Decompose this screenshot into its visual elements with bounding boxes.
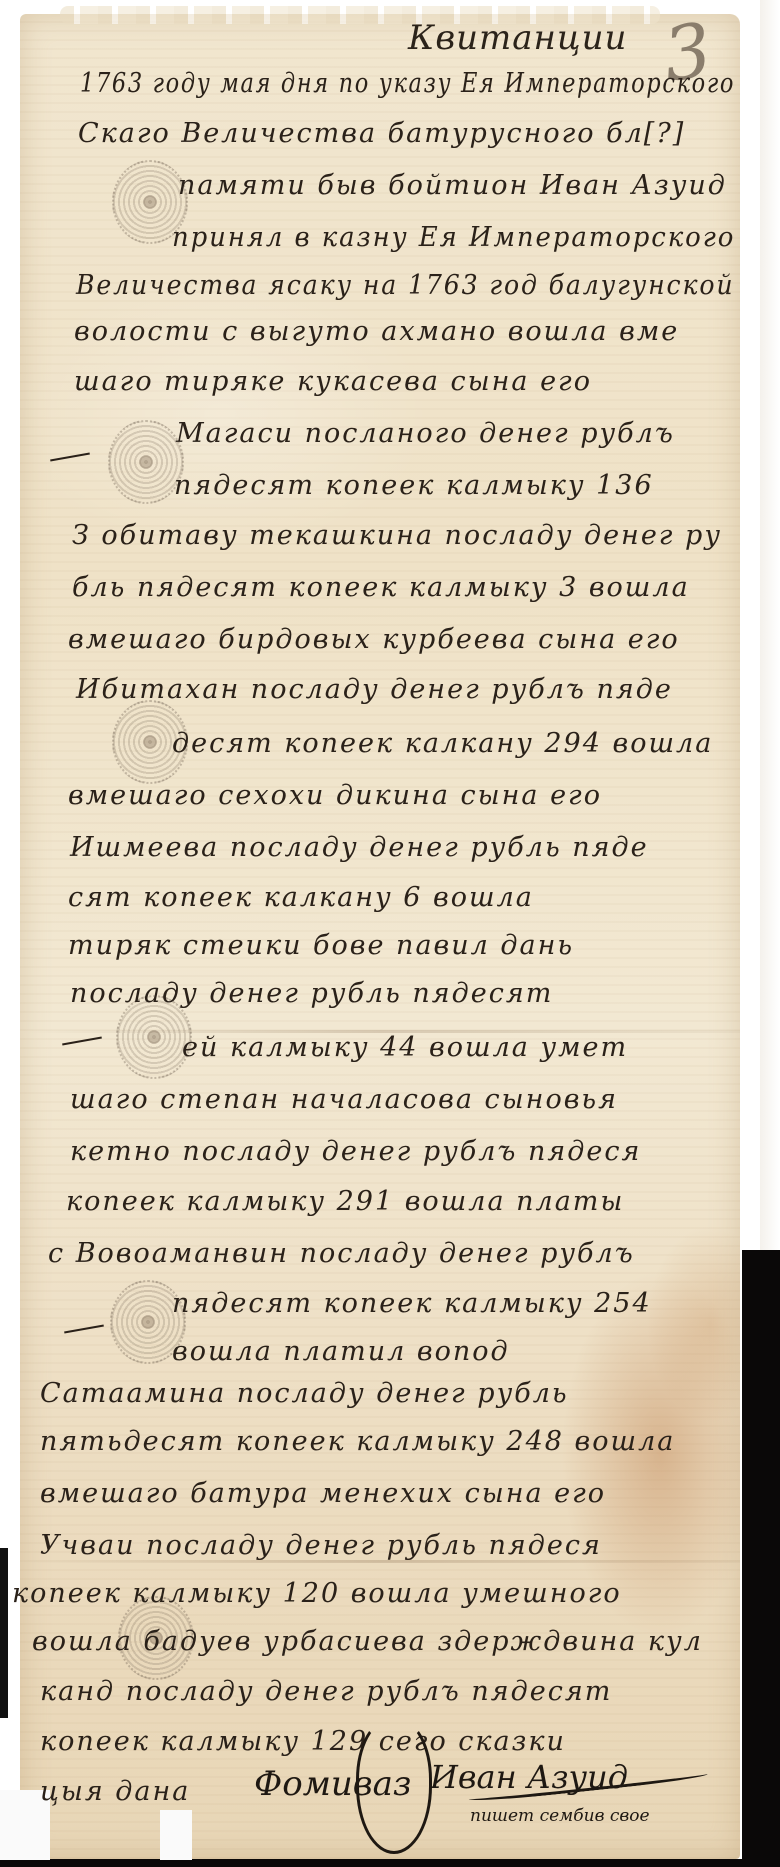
text-line: Ишмеева посладу денег рубль пяде <box>70 832 649 863</box>
text-line: Скаго Величества батурусного бл[?] <box>78 118 685 149</box>
text-line: З обитаву текашкина посладу денег ру <box>72 520 722 551</box>
text-line: пятьдесят копеек калмыку 248 вошла <box>40 1426 675 1457</box>
text-line: пядесят копеек калмыку 136 <box>174 470 654 501</box>
text-line: копеек калмыку 120 вошла умешного <box>12 1578 622 1609</box>
text-line: цыя дана <box>40 1776 190 1807</box>
text-line: вошла бадуев урбасиева здерждвина кул <box>32 1626 703 1657</box>
text-line: вмешаго бирдовых курбеева сына его <box>68 624 680 655</box>
text-line: посладу денег рубль пядесят <box>70 978 553 1009</box>
scan-edge-right <box>760 0 780 1250</box>
text-line: копеек калмыку 129 сего сказки <box>40 1726 566 1757</box>
text-line: сят копеек калкану 6 вошла <box>68 882 534 913</box>
text-line: Сатаамина посладу денег рубль <box>40 1378 569 1409</box>
scan-background-left <box>0 1548 8 1718</box>
text-line: Ибитахан посладу денег рублъ пяде <box>76 674 673 705</box>
text-line: Учваи посладу денег рубль пядеся <box>40 1530 602 1561</box>
text-line: бль пядесят копеек калмыку 3 вошла <box>72 572 690 603</box>
text-line: десят копеек калкану 294 вошла <box>172 728 713 759</box>
text-line: шаго степан началасова сыновья <box>70 1084 618 1115</box>
text-line: кетно посладу денег рублъ пядеся <box>70 1136 641 1167</box>
scan-background-bottom <box>0 1859 780 1867</box>
paper-tear <box>160 1810 192 1860</box>
text-line: шаго тиряке кукасева сына его <box>74 366 592 397</box>
text-line: канд посладу денег рублъ пядесят <box>40 1676 612 1707</box>
text-line: копеек калмыку 291 вошла платы <box>66 1186 624 1217</box>
text-line: Магаси посланого денег рублъ <box>176 418 675 449</box>
text-line: принял в казну Ея Императорского <box>172 222 735 253</box>
text-line: тиряк стеики бове павил дань <box>68 930 574 961</box>
text-line: вошла платил вопод <box>172 1336 510 1367</box>
text-line: Величества ясаку на 1763 год балугунской <box>76 270 734 301</box>
text-line: памяти быв бойтион Иван Азуид <box>178 170 727 201</box>
text-line: ей калмыку 44 вошла умет <box>182 1032 628 1063</box>
text-line: волости с выгуто ахмано вошла вме <box>74 316 679 347</box>
signature-flourish <box>356 1718 432 1854</box>
signature-note: пишет сембив свое <box>470 1806 650 1826</box>
text-line: с Вовоаманвин посладу денег рублъ <box>48 1238 635 1269</box>
scan-background-right <box>742 1250 780 1867</box>
document-heading: Квитанции <box>408 18 627 58</box>
text-line: вмешаго сехохи дикина сына его <box>68 780 602 811</box>
seal-stamp <box>108 420 184 504</box>
text-line: пядесят копеек калмыку 254 <box>172 1288 652 1319</box>
text-line: 1763 году мая дня по указу Ея Императорс… <box>80 68 735 99</box>
text-line: вмешаго батура менехих сына его <box>40 1478 606 1509</box>
